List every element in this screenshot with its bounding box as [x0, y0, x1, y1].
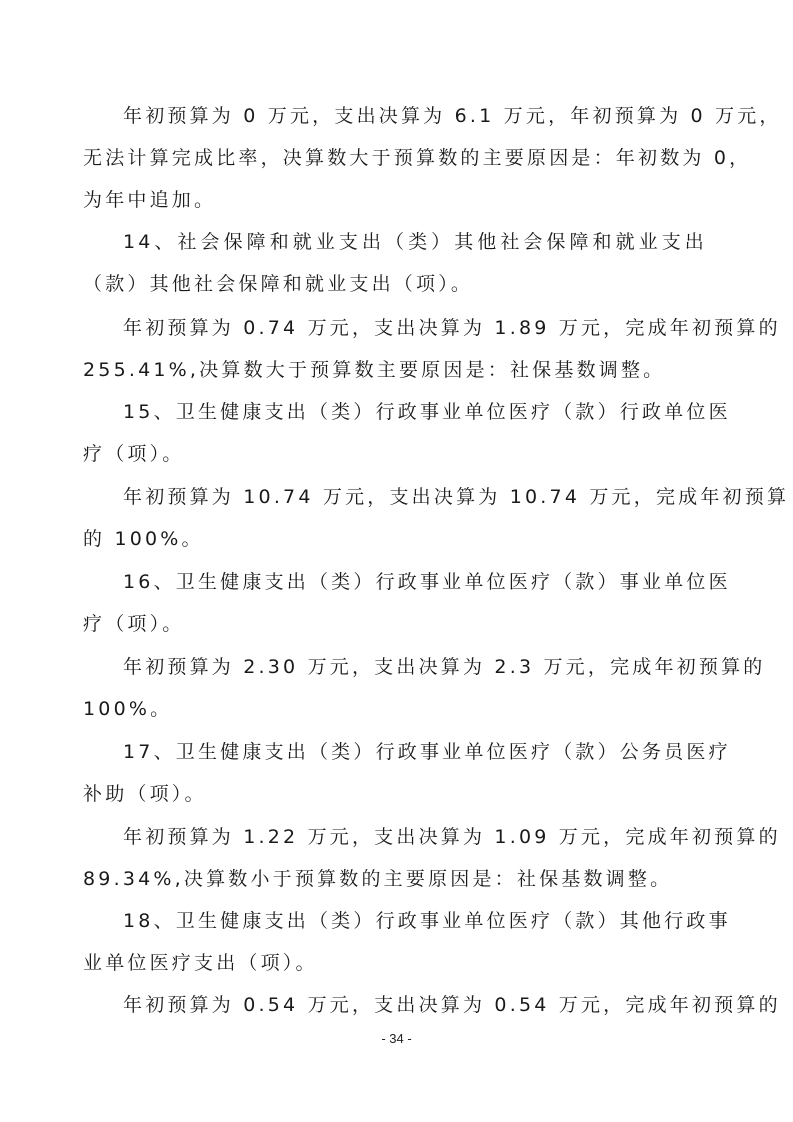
paragraph-line: 为年中追加。	[83, 188, 707, 212]
section-heading-17: 17、卫生健康支出（类）行政事业单位医疗（款）公务员医疗	[123, 740, 707, 764]
paragraph-line: 的 100%。	[83, 527, 707, 551]
paragraph-line: 年初预算为 10.74 万元，支出决算为 10.74 万元，完成年初预算	[123, 485, 707, 509]
section-heading-18: 18、卫生健康支出（类）行政事业单位医疗（款）其他行政事	[123, 909, 707, 933]
section-heading-16-cont: 疗（项）。	[83, 612, 707, 636]
section-heading-15-cont: 疗（项）。	[83, 442, 707, 466]
section-heading-15: 15、卫生健康支出（类）行政事业单位医疗（款）行政单位医	[123, 400, 707, 424]
section-heading-16: 16、卫生健康支出（类）行政事业单位医疗（款）事业单位医	[123, 570, 707, 594]
paragraph-line: 年初预算为 0.74 万元，支出决算为 1.89 万元，完成年初预算的	[123, 316, 707, 340]
section-heading-18-cont: 业单位医疗支出（项）。	[83, 951, 707, 975]
paragraph-line: 年初预算为 2.30 万元，支出决算为 2.3 万元，完成年初预算的	[123, 655, 707, 679]
paragraph-line: 100%。	[83, 697, 707, 721]
document-page: 年初预算为 0 万元，支出决算为 6.1 万元，年初预算为 0 万元， 无法计算…	[0, 0, 793, 1122]
paragraph-line: 无法计算完成比率，决算数大于预算数的主要原因是：年初数为 0，	[83, 146, 707, 170]
paragraph-line: 年初预算为 0.54 万元，支出决算为 0.54 万元，完成年初预算的	[123, 993, 707, 1017]
paragraph-line: 年初预算为 1.22 万元，支出决算为 1.09 万元，完成年初预算的	[123, 825, 707, 849]
section-heading-17-cont: 补助（项）。	[83, 782, 707, 806]
paragraph-line: 年初预算为 0 万元，支出决算为 6.1 万元，年初预算为 0 万元，	[123, 104, 707, 128]
paragraph-line: 89.34%,决算数小于预算数的主要原因是：社保基数调整。	[83, 867, 707, 891]
page-number: - 34 -	[0, 1031, 793, 1046]
section-heading-14: 14、社会保障和就业支出（类）其他社会保障和就业支出	[123, 230, 707, 254]
section-heading-14-cont: （款）其他社会保障和就业支出（项）。	[83, 272, 707, 296]
paragraph-line: 255.41%,决算数大于预算数主要原因是：社保基数调整。	[83, 358, 707, 382]
